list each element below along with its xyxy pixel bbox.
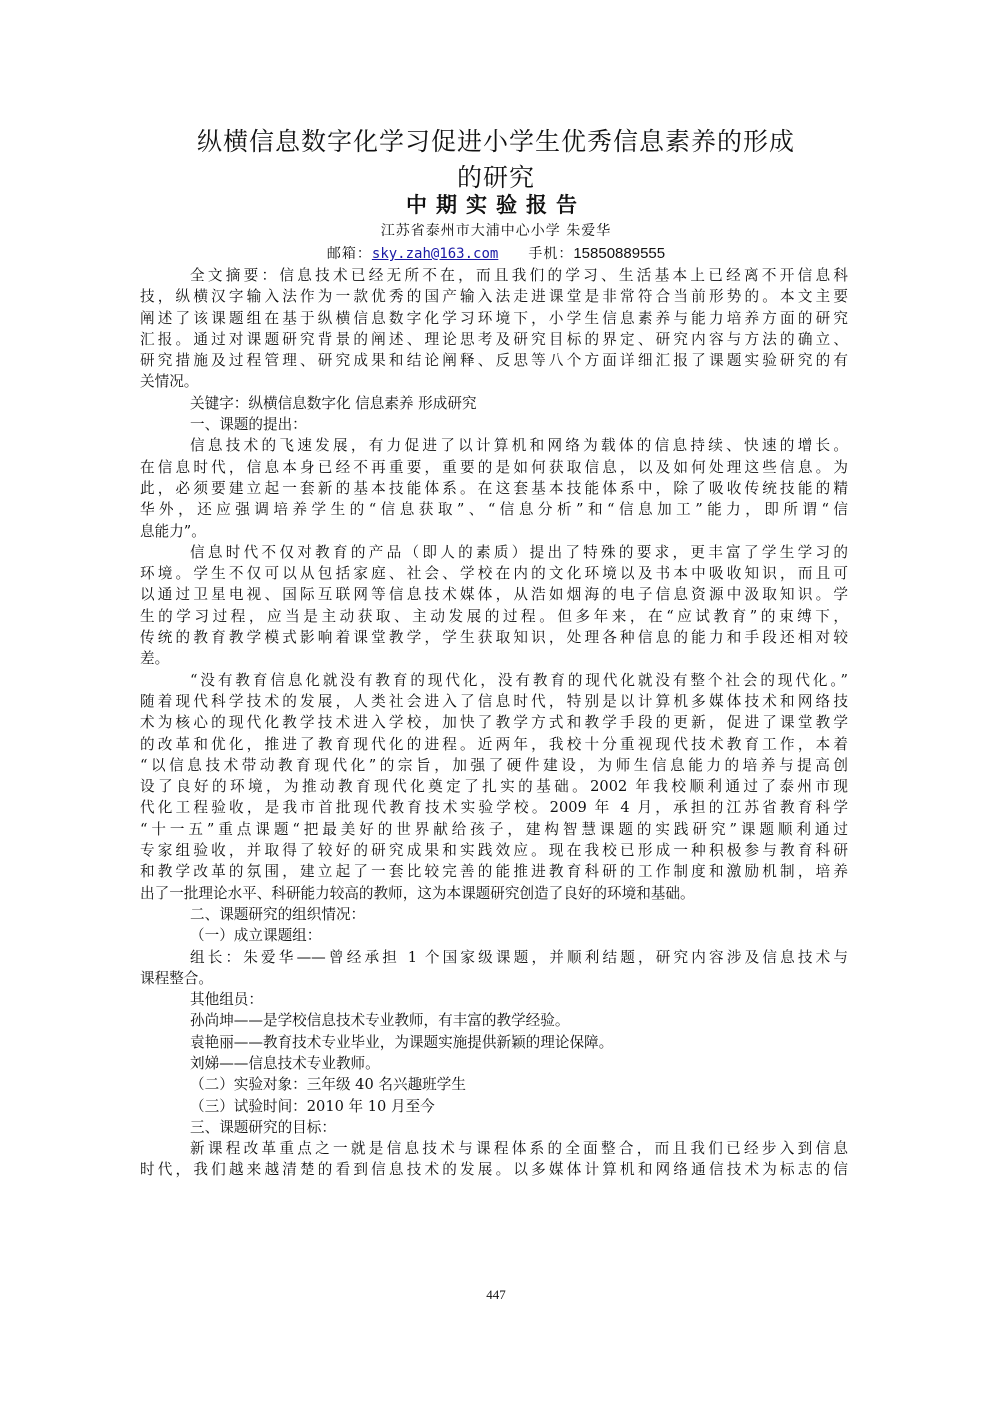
text-line: 传统的教育教学模式影响着课堂教学，学生获取知识，处理各种信息的能力和手段还相对较 [140,627,848,648]
text-line: （三）试验时间：2010 年 10 月至今 [140,1096,848,1117]
text-line: “十一五”重点课题“把最美好的世界献给孩子，建构智慧课题的实践研究”课题顺利通过 [140,819,848,840]
text-line: 的改革和优化，推进了教育现代化的进程。近两年，我校十分重视现代技术教育工作，本着 [140,734,848,755]
text-line: 袁艳丽——教育技术专业毕业，为课题实施提供新颖的理论保障。 [140,1032,848,1053]
text-line: 专家组验收，并取得了较好的研究成果和实践效应。现在我校已形成一种积极参与教育科研 [140,840,848,861]
text-line: 代化工程验收，是我市首批现代教育技术实验学校。2009 年 4 月，承担的江苏省… [140,797,848,818]
text-line: 课程整合。 [140,968,848,989]
text-line: 信息技术的飞速发展，有力促进了以计算机和网络为载体的信息持续、快速的增长。 [140,435,848,456]
text-line: 阐述了该课题组在基于纵横信息数字化学习环境下，小学生信息素养与能力培养方面的研究 [140,308,848,329]
text-line: 组长：朱爱华——曾经承担 1 个国家级课题，并顺利结题，研究内容涉及信息技术与 [140,947,848,968]
text-line: 技，纵横汉字输入法作为一款优秀的国产输入法走进课堂是非常符合当前形势的。本文主要 [140,286,848,307]
page-number: 447 [0,1287,992,1303]
text-line: 差。 [140,648,848,669]
document-page: 纵横信息数字化学习促进小学生优秀信息素养的形成 的研究 中期实验报告 江苏省泰州… [0,0,992,1403]
text-line: 三、课题研究的目标： [140,1117,848,1138]
text-line: 二、课题研究的组织情况： [140,904,848,925]
text-line: 研究措施及过程管理、研究成果和结论阐释、反思等八个方面详细汇报了课题实验研究的有 [140,350,848,371]
text-line: 术为核心的现代化教学技术进入学校，加快了教学方式和教学手段的更新，促进了课堂教学 [140,712,848,733]
text-line: （二）实验对象：三年级 40 名兴趣班学生 [140,1074,848,1095]
document-subtitle: 中期实验报告 [0,189,992,219]
contact-line: 邮箱：sky.zah@163.com手机：15850889555 [0,243,992,263]
text-line: “没有教育信息化就没有教育的现代化，没有教育的现代化就没有整个社会的现代化。” [140,670,848,691]
email-label: 邮箱： [327,246,372,262]
text-line: 全文摘要：信息技术已经无所不在，而且我们的学习、生活基本上已经离不开信息科 [140,265,848,286]
text-line: 环境。学生不仅可以从包括家庭、社会、学校在内的文化环境以及书本中吸收知识，而且可 [140,563,848,584]
phone-number: 15850889555 [573,245,665,262]
text-line: 其他组员： [140,989,848,1010]
phone-label: 手机： [528,246,573,262]
text-line: 在信息时代，信息本身已经不再重要，重要的是如何获取信息，以及如何处理这些信息。为 [140,457,848,478]
text-line: 生的学习过程，应当是主动获取、主动发展的过程。但多年来，在“应试教育”的束缚下， [140,606,848,627]
text-line: （一）成立课题组： [140,925,848,946]
text-line: 信息时代不仅对教育的产品（即人的素质）提出了特殊的要求，更丰富了学生学习的 [140,542,848,563]
text-line: 此，必须要建立起一套新的基本技能体系。在这套基本技能体系中，除了吸收传统技能的精 [140,478,848,499]
text-line: “以信息技术带动教育现代化”的宗旨，加强了硬件建设，为师生信息能力的培养与提高创 [140,755,848,776]
email-link[interactable]: sky.zah@163.com [372,246,498,262]
text-line: 时代，我们越来越清楚的看到信息技术的发展。以多媒体计算机和网络通信技术为标志的信 [140,1159,848,1180]
document-title-line1: 纵横信息数字化学习促进小学生优秀信息素养的形成 [0,122,992,158]
text-line: 华外，还应强调培养学生的“信息获取”、“信息分析”和“信息加工”能力，即所谓“信 [140,499,848,520]
text-line: 随着现代科学技术的发展，人类社会进入了信息时代，特别是以计算机多媒体技术和网络技 [140,691,848,712]
text-line: 孙尚坤——是学校信息技术专业教师，有丰富的教学经验。 [140,1010,848,1031]
text-line: 一、课题的提出： [140,414,848,435]
text-line: 设了良好的环境，为推动教育现代化奠定了扎实的基础。2002 年我校顺利通过了泰州… [140,776,848,797]
text-line: 以通过卫星电视、国际互联网等信息技术媒体，从浩如烟海的电子信息资源中汲取知识。学 [140,584,848,605]
text-line: 关键字：纵横信息数字化 信息素养 形成研究 [140,393,848,414]
text-line: 和教学改革的氛围，建立起了一套比较完善的能推进教育科研的工作制度和激励机制，培养 [140,861,848,882]
text-line: 刘娣——信息技术专业教师。 [140,1053,848,1074]
document-body: 全文摘要：信息技术已经无所不在，而且我们的学习、生活基本上已经离不开信息科技，纵… [140,265,848,1181]
text-line: 新课程改革重点之一就是信息技术与课程体系的全面整合，而且我们已经步入到信息 [140,1138,848,1159]
text-line: 出了一批理论水平、科研能力较高的教师，这为本课题研究创造了良好的环境和基础。 [140,883,848,904]
text-line: 关情况。 [140,371,848,392]
text-line: 汇报。通过对课题研究背景的阐述、理论思考及研究目标的界定、研究内容与方法的确立、 [140,329,848,350]
author-affiliation: 江苏省泰州市大浦中心小学 朱爱华 [0,220,992,240]
text-line: 息能力”。 [140,521,848,542]
